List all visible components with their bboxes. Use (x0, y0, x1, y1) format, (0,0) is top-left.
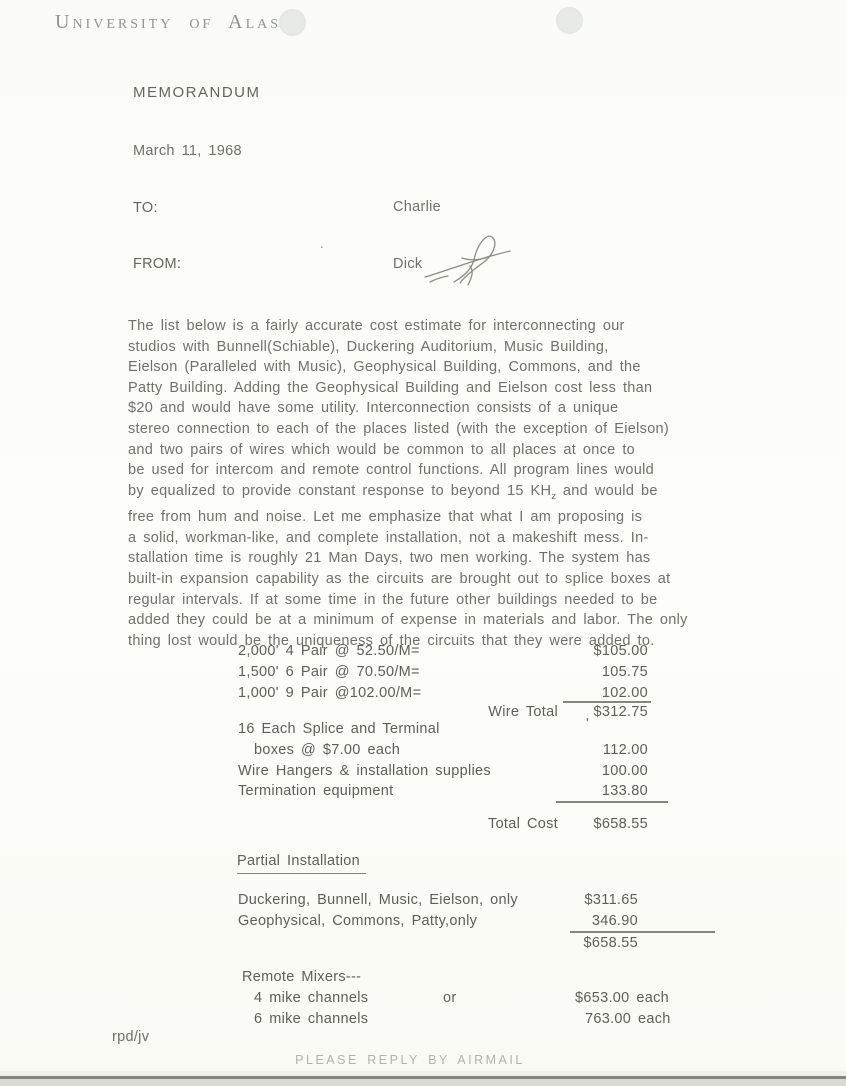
stray-mark: . (320, 236, 324, 251)
remote-mixers-heading: Remote Mixers--- (242, 969, 361, 985)
total-cost-value: $658.55 (556, 816, 648, 832)
wire-amount: 102.00 (556, 685, 648, 701)
typist-initials: rpd/jv (112, 1029, 149, 1045)
amount-rule (570, 931, 715, 933)
body-line: The list below is a fairly accurate cost… (128, 316, 688, 337)
memo-date: March 11, 1968 (133, 143, 242, 159)
body-line: stereo connection to each of the places … (128, 419, 688, 440)
wire-amount: 105.75 (556, 664, 648, 680)
from-value: Dick (393, 256, 422, 272)
wire-amount: $105.00 (556, 643, 648, 659)
partial-item: Duckering, Bunnell, Music, Eielson, only (238, 892, 518, 908)
equipment-amount: 133.80 (556, 783, 648, 799)
body-line: Eielson (Paralleled with Music), Geophys… (128, 357, 688, 378)
amount-rule (556, 801, 668, 803)
body-line: regular intervals. If at some time in th… (128, 590, 688, 611)
to-label: TO: (133, 200, 158, 216)
partial-subtotal-row: $658.55 (0, 935, 846, 956)
body-line: stallation time is roughly 21 Man Days, … (128, 548, 688, 569)
partial-item: Geophysical, Commons, Patty,only (238, 913, 477, 929)
body-paragraph: The list below is a fairly accurate cost… (128, 316, 688, 651)
body-line: studios with Bunnell(Schiable), Duckerin… (128, 337, 688, 358)
total-cost-row: Total Cost $658.55 (0, 816, 846, 837)
equipment-amount: 112.00 (556, 742, 648, 758)
body-line: free from hum and noise. Let me emphasiz… (128, 507, 688, 528)
khz-pre: by equalized to provide constant respons… (128, 483, 551, 499)
equipment-item: 16 Each Splice and Terminal (238, 721, 440, 737)
airmail-note: PLEASE REPLY BY AIRMAIL (0, 1053, 820, 1067)
equipment-row: Termination equipment 133.80 (0, 783, 846, 804)
wire-total-label: Wire Total (420, 704, 558, 720)
wire-row: 2,000' 4 Pair @ 52.50/M= $105.00 (0, 643, 846, 664)
conjunction-or: or (443, 990, 457, 1006)
to-value: Charlie (393, 199, 441, 215)
equipment-row: boxes @ $7.00 each 112.00 (0, 742, 846, 763)
page-bottom-edge (0, 1079, 846, 1086)
body-line: be used for intercom and remote control … (128, 460, 688, 481)
partial-row: Geophysical, Commons, Patty,only 346.90 (0, 913, 846, 934)
memo-title: MEMORANDUM (133, 84, 261, 101)
equipment-item: Termination equipment (238, 783, 394, 799)
partial-row: Duckering, Bunnell, Music, Eielson, only… (0, 892, 846, 913)
mixer-item: 6 mike channels (254, 1011, 368, 1027)
partial-subtotal: $658.55 (548, 935, 638, 951)
mixer-item: 4 mike channels (254, 990, 368, 1006)
amount-rule (563, 701, 651, 703)
total-cost-label: Total Cost (420, 816, 558, 832)
punch-hole-left (279, 9, 306, 36)
wire-total-value: $312.75 (556, 704, 648, 720)
wire-row: 1,000' 9 Pair @102.00/M= 102.00 (0, 685, 846, 706)
mixer-row: 4 mike channels or $653.00 each (0, 990, 846, 1011)
letterhead-text: University of Alaska (55, 11, 307, 34)
body-line: Patty Building. Adding the Geophysical B… (128, 378, 688, 399)
equipment-item: boxes @ $7.00 each (254, 742, 400, 758)
partial-amount: $311.65 (548, 892, 638, 908)
signature-scribble (424, 230, 512, 290)
equipment-row: Wire Hangers & installation supplies 100… (0, 763, 846, 784)
body-line: $20 and would have some utility. Interco… (128, 398, 688, 419)
wire-item: 1,000' 9 Pair @102.00/M= (238, 685, 421, 701)
body-line-khz: by equalized to provide constant respons… (128, 481, 688, 507)
wire-item: 1,500' 6 Pair @ 70.50/M= (238, 664, 420, 680)
punch-hole-right (556, 7, 583, 34)
body-line: added they could be at a minimum of expe… (128, 610, 688, 631)
partial-amount: 346.90 (548, 913, 638, 929)
equipment-amount: 100.00 (556, 763, 648, 779)
wire-row: 1,500' 6 Pair @ 70.50/M= 105.75 (0, 664, 846, 685)
body-line: and two pairs of wires which would be co… (128, 440, 688, 461)
khz-post: and would be (556, 483, 658, 499)
partial-installation-heading: Partial Installation (237, 853, 366, 874)
wire-item: 2,000' 4 Pair @ 52.50/M= (238, 643, 420, 659)
equipment-item: Wire Hangers & installation supplies (238, 763, 491, 779)
memo-document: University of Alaska MEMORANDUM March 11… (0, 0, 846, 1086)
equipment-row: 16 Each Splice and Terminal (0, 721, 846, 742)
from-label: FROM: (133, 256, 181, 272)
mixer-amount: $653.00 each (575, 990, 669, 1006)
mixer-amount: 763.00 each (585, 1011, 671, 1027)
body-line: built-in expansion capability as the cir… (128, 569, 688, 590)
body-line: a solid, workman-like, and complete inst… (128, 528, 688, 549)
